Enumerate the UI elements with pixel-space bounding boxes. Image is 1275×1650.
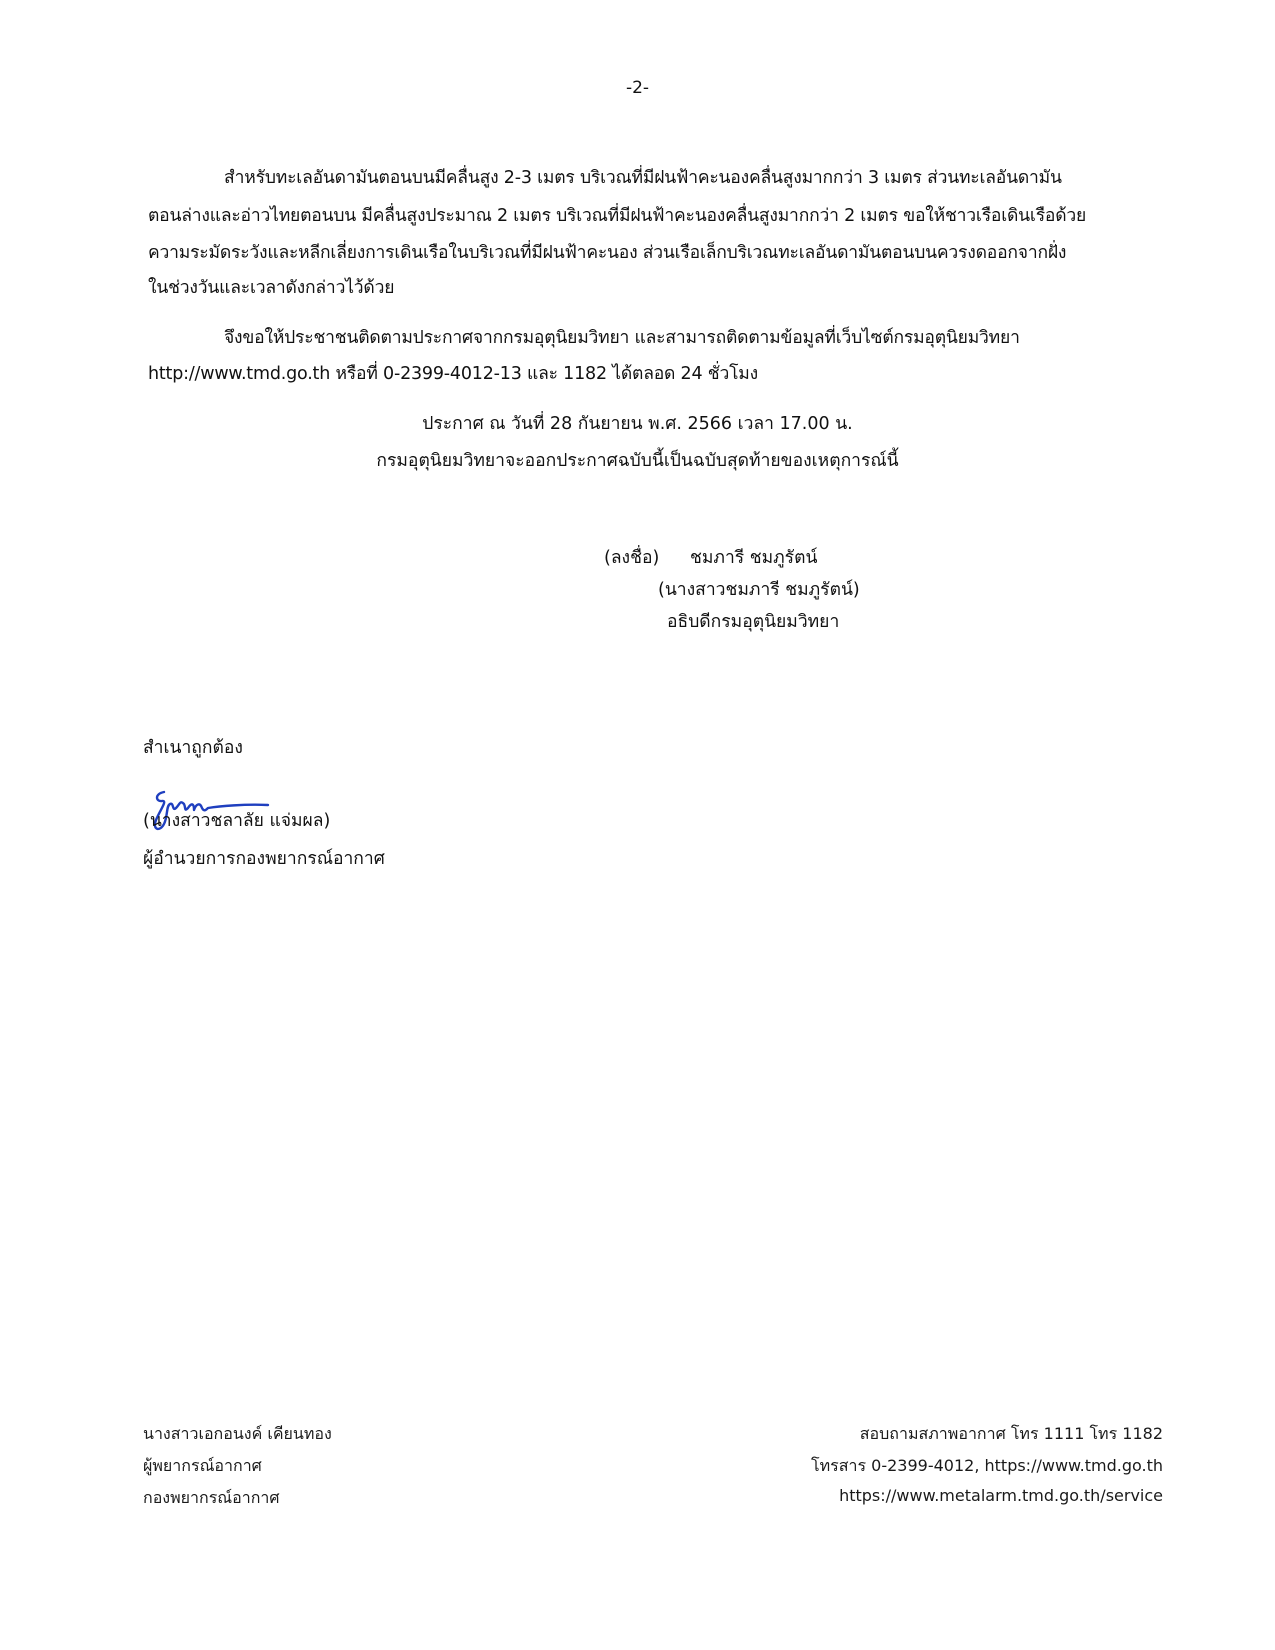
weather-inquiry-phone: สอบถามสภาพอากาศ โทร 1111 โทร 1182 [860, 1422, 1163, 1447]
announcement-date: ประกาศ ณ วันที่ 28 กันยายน พ.ศ. 2566 เวล… [0, 409, 1275, 437]
certified-copy-label: สำเนาถูกต้อง [143, 733, 243, 761]
fax-and-website[interactable]: โทรสาร 0-2399-4012, https://www.tmd.go.t… [811, 1454, 1163, 1479]
paragraph-line: สำหรับทะเลอันดามันตอนบนมีคลื่นสูง 2-3 เม… [224, 163, 1062, 191]
signatory-position: อธิบดีกรมอุตุนิยมวิทยา [667, 607, 839, 635]
document-page: -2- สำหรับทะเลอันดามันตอนบนมีคลื่นสูง 2-… [0, 0, 1275, 1650]
paragraph-line: ความระมัดระวังและหลีกเลี่ยงการเดินเรือใน… [148, 238, 1066, 266]
final-notice: กรมอุตุนิยมวิทยาจะออกประกาศฉบับนี้เป็นฉบ… [0, 446, 1275, 474]
signed-label: (ลงชื่อ) [604, 543, 659, 571]
signed-name: ชมภารี ชมภูรัตน์ [690, 543, 817, 571]
metalarm-service-link[interactable]: https://www.metalarm.tmd.go.th/service [839, 1486, 1163, 1505]
page-number: -2- [0, 78, 1275, 98]
contact-line[interactable]: http://www.tmd.go.th หรือที่ 0-2399-4012… [148, 359, 758, 387]
paragraph-line: จึงขอให้ประชาชนติดตามประกาศจากกรมอุตุนิย… [224, 323, 1020, 351]
certifier-position: ผู้อำนวยการกองพยากรณ์อากาศ [143, 844, 385, 872]
paragraph-line: ในช่วงวันและเวลาดังกล่าวไว้ด้วย [148, 273, 394, 301]
signatory-full-name: (นางสาวชมภารี ชมภูรัตน์) [658, 575, 860, 603]
certifier-name: (นางสาวชลาลัย แจ่มผล) [143, 806, 330, 834]
forecaster-title: ผู้พยากรณ์อากาศ [143, 1454, 262, 1479]
forecaster-name: นางสาวเอกอนงค์ เคียนทอง [143, 1422, 332, 1447]
forecaster-division: กองพยากรณ์อากาศ [143, 1486, 280, 1511]
paragraph-line: ตอนล่างและอ่าวไทยตอนบน มีคลื่นสูงประมาณ … [148, 201, 1086, 229]
